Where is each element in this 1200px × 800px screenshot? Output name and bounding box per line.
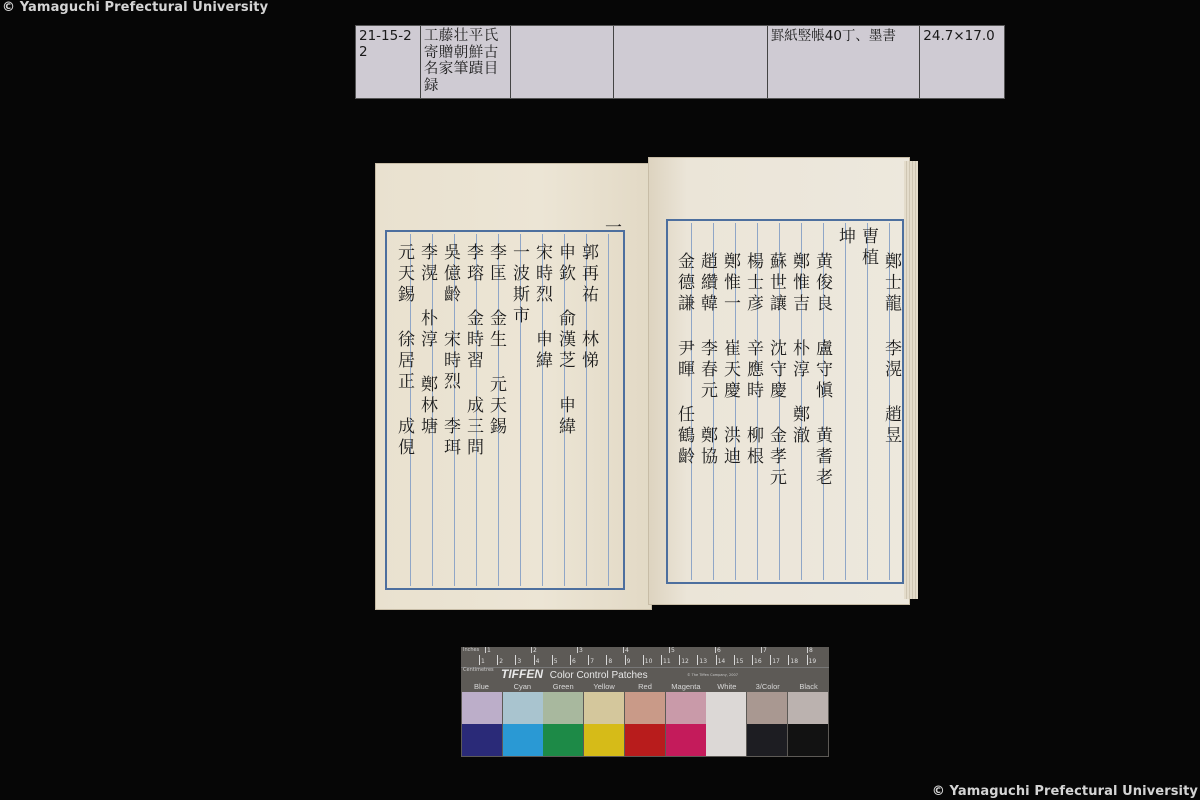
cm-number: 4	[536, 658, 540, 665]
right-page-column: 蘇世讓 沈守慶 金孝元	[764, 252, 789, 489]
cm-tick	[588, 655, 589, 665]
patch-blue-light	[462, 692, 502, 724]
tiffen-color-card: Inches 123456781234567891011121314151617…	[461, 647, 829, 757]
page-edges	[904, 161, 918, 599]
left-page-column: 一	[599, 218, 624, 239]
inch-tick	[577, 647, 578, 653]
patch-label-green: Green	[543, 682, 584, 691]
catalog-empty-cell	[614, 26, 768, 98]
patch-white	[706, 692, 746, 756]
right-page-column: 坤	[833, 227, 858, 248]
cm-tick	[697, 655, 698, 665]
catalog-size: 24.7×17.0	[920, 26, 1004, 98]
left-page-column: 元天錫 徐居正 成俔	[392, 243, 417, 459]
cm-number: 9	[627, 658, 631, 665]
patch-label-red: Red	[625, 682, 666, 691]
cm-tick	[661, 655, 662, 665]
ruler-inches-label: Inches	[463, 647, 479, 653]
cm-number: 15	[736, 658, 744, 665]
patch-green-light	[543, 692, 583, 724]
patch-green-dark	[543, 724, 583, 756]
watermark-top: © Yamaguchi Prefectural University	[2, 0, 268, 15]
card-title-text: Color Control Patches	[550, 670, 648, 681]
right-page: 鄭士龍 李滉 趙昱曺植坤黄俊良 盧守愼 黄耆老鄭惟吉 朴淳 鄭澈蘇世讓 沈守慶 …	[648, 157, 910, 605]
cm-number: 17	[772, 658, 780, 665]
cm-number: 16	[754, 658, 762, 665]
patch-red-light	[625, 692, 665, 724]
cm-number: 5	[554, 658, 558, 665]
patch-label-black: Black	[788, 682, 829, 691]
cm-tick	[552, 655, 553, 665]
inch-number: 5	[671, 647, 675, 654]
cm-tick	[770, 655, 771, 665]
catalog-title: 工藤壮平氏寄贈朝鮮古名家筆蹟目録	[421, 26, 511, 98]
cm-tick	[479, 655, 480, 665]
inch-tick	[531, 647, 532, 653]
patch-3-color-light	[747, 692, 787, 724]
catalog-empty-cell	[511, 26, 615, 98]
catalog-description: 罫紙竪帳40丁、墨書	[768, 26, 921, 98]
inch-tick	[623, 647, 624, 653]
left-page-column: 吳億齡 宋時烈 李珥	[438, 243, 463, 459]
document-photo: © Yamaguchi Prefectural University 21-15…	[0, 0, 1200, 800]
patch-yellow-dark	[584, 724, 624, 756]
right-page-column: 鄭惟一 崔天慶 洪迪	[718, 252, 743, 468]
cm-tick	[643, 655, 644, 665]
cm-number: 1	[481, 658, 485, 665]
patch-label-blue: Blue	[461, 682, 502, 691]
patch-label-white: White	[706, 682, 747, 691]
inch-tick	[715, 647, 716, 653]
cm-tick	[606, 655, 607, 665]
patch-3-color-dark	[747, 724, 787, 756]
patch-magenta-light	[666, 692, 706, 724]
cm-tick	[497, 655, 498, 665]
inch-tick	[485, 647, 486, 653]
ruler: Inches 123456781234567891011121314151617…	[461, 647, 829, 668]
tiffen-brand: TIFFEN	[501, 667, 543, 681]
right-page-column: 黄俊良 盧守愼 黄耆老	[810, 252, 835, 489]
patch-black-dark	[788, 724, 828, 756]
cm-number: 8	[608, 658, 612, 665]
color-patches	[462, 692, 828, 756]
inch-number: 4	[625, 647, 629, 654]
cm-number: 6	[572, 658, 576, 665]
ruler-cm-label: Centimetres	[463, 667, 494, 673]
cm-number: 7	[590, 658, 594, 665]
patch-labels: BlueCyanGreenYellowRedMagentaWhite3/Colo…	[461, 682, 829, 691]
card-copyright: © The Tiffen Company, 2007	[687, 673, 738, 677]
inch-number: 3	[579, 647, 583, 654]
cm-tick	[807, 655, 808, 665]
patch-label-cyan: Cyan	[502, 682, 543, 691]
inch-number: 1	[487, 647, 491, 654]
patch-yellow-light	[584, 692, 624, 724]
inch-tick	[761, 647, 762, 653]
patch-red-dark	[625, 724, 665, 756]
cm-tick	[788, 655, 789, 665]
right-page-column: 金德謙 尹暉 任鶴齡	[672, 252, 697, 468]
cm-number: 10	[645, 658, 653, 665]
cm-number: 18	[790, 658, 798, 665]
inch-number: 7	[763, 647, 767, 654]
cm-number: 19	[809, 658, 817, 665]
right-page-column: 鄭士龍 李滉 趙昱	[879, 252, 904, 447]
patch-black-light	[788, 692, 828, 724]
cm-tick	[515, 655, 516, 665]
cm-number: 3	[517, 658, 521, 665]
patch-magenta-dark	[666, 724, 706, 756]
left-page-column: 郭再祐 林悌	[576, 243, 601, 372]
cm-number: 12	[681, 658, 689, 665]
cm-tick	[534, 655, 535, 665]
left-page-column: 李瑢 金時習 成三問	[461, 243, 486, 459]
cm-number: 11	[663, 658, 671, 665]
left-page-column: 申欽 俞漢芝 申緯	[553, 243, 578, 438]
patch-cyan-dark	[503, 724, 543, 756]
patch-label-magenta: Magenta	[665, 682, 706, 691]
cm-tick	[752, 655, 753, 665]
card-title: TIFFEN Color Control Patches	[501, 667, 648, 681]
catalog-label: 21-15-22 工藤壮平氏寄贈朝鮮古名家筆蹟目録 罫紙竪帳40丁、墨書 24.…	[355, 25, 1005, 99]
cm-tick	[734, 655, 735, 665]
left-page-column: 李滉 朴淳 鄭林塘	[415, 243, 440, 438]
cm-tick	[716, 655, 717, 665]
inch-tick	[669, 647, 670, 653]
cm-tick	[625, 655, 626, 665]
catalog-id: 21-15-22	[356, 26, 421, 98]
cm-number: 14	[718, 658, 726, 665]
watermark-bottom: © Yamaguchi Prefectural University	[932, 784, 1198, 799]
patch-blue-dark	[462, 724, 502, 756]
left-page-column: 宋時烈 申緯	[530, 243, 555, 372]
cm-tick	[679, 655, 680, 665]
patch-label-3-color: 3/Color	[747, 682, 788, 691]
right-page-column: 楊士彦 辛應時 柳根	[741, 252, 766, 468]
right-page-column: 趙纘韓 李春元 鄭協	[695, 252, 720, 468]
left-page-column: 一波斯市	[507, 243, 532, 327]
cm-number: 2	[499, 658, 503, 665]
inch-number: 8	[809, 647, 813, 654]
inch-number: 6	[717, 647, 721, 654]
left-page-column: 李匡 金生 元天錫	[484, 243, 509, 438]
inch-tick	[807, 647, 808, 653]
patch-cyan-light	[503, 692, 543, 724]
right-page-column: 鄭惟吉 朴淳 鄭澈	[787, 252, 812, 447]
left-page: 一郭再祐 林悌申欽 俞漢芝 申緯宋時烈 申緯一波斯市李匡 金生 元天錫李瑢 金時…	[375, 163, 652, 610]
cm-tick	[570, 655, 571, 665]
inch-number: 2	[533, 647, 537, 654]
open-manuscript-book: 一郭再祐 林悌申欽 俞漢芝 申緯宋時烈 申緯一波斯市李匡 金生 元天錫李瑢 金時…	[370, 155, 920, 615]
right-page-column: 曺植	[856, 227, 881, 269]
patch-label-yellow: Yellow	[584, 682, 625, 691]
cm-number: 13	[699, 658, 707, 665]
